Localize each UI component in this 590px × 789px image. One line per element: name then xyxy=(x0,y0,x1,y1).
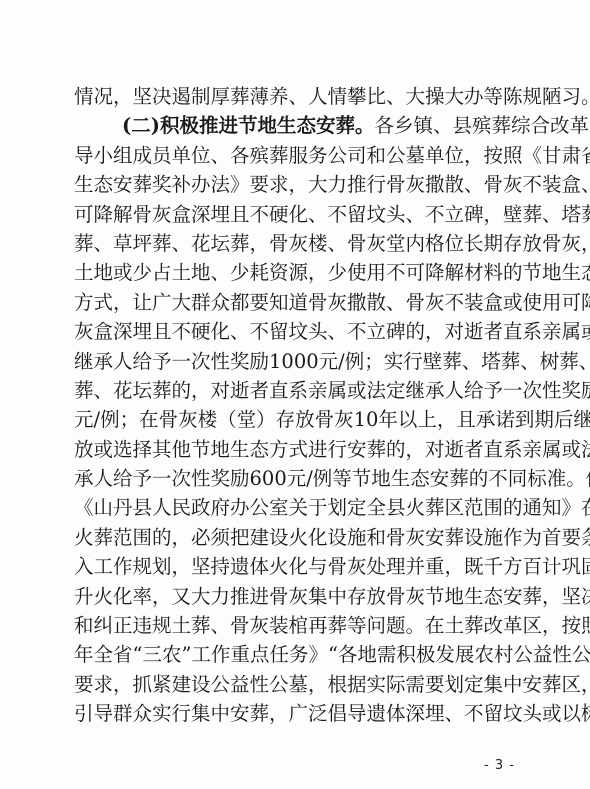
line-text: 导小组成员单位、各殡葬服务公司和公墓单位，按照《甘肃省节地 xyxy=(74,144,590,167)
text-line: 升火化率，又大力推进骨灰集中存放骨灰节地生态安葬，坚决防止 xyxy=(74,582,514,611)
line-text: 和纠正违规土葬、骨灰装棺再葬等问题。在土葬改革区，按照《2023 xyxy=(74,614,590,637)
line-text: 土地或少占土地、少耗资源，少使用不可降解材料的节地生态安葬 xyxy=(74,261,590,284)
line-text: 火葬范围的，必须把建设火化设施和骨灰安葬设施作为首要条件纳 xyxy=(74,526,590,549)
text-line: 继承人给予一次性奖励1000元/例；实行壁葬、塔葬、树葬、草坪 xyxy=(74,347,514,376)
line-text: 情况，坚决遏制厚葬薄养、人情攀比、大操大办等陈规陋习。 xyxy=(74,85,590,108)
text-line: 情况，坚决遏制厚葬薄养、人情攀比、大操大办等陈规陋习。 xyxy=(74,82,514,111)
text-line: 《山丹县人民政府办公室关于划定全县火葬区范围的通知》在划定 xyxy=(74,493,514,522)
body-text: 情况，坚决遏制厚葬薄养、人情攀比、大操大办等陈规陋习。 (二)积极推进节地生态安… xyxy=(74,82,514,729)
text-line: 入工作规划，坚持遗体火化与骨灰处理并重，既千方百计巩固和提 xyxy=(74,552,514,581)
document-page: 情况，坚决遏制厚葬薄养、人情攀比、大操大办等陈规陋习。 (二)积极推进节地生态安… xyxy=(0,0,590,789)
line-text: 各乡镇、县殡葬综合改革工作领 xyxy=(374,114,590,137)
text-line: 灰盒深埋且不硬化、不留坟头、不立碑的，对逝者直系亲属或法定 xyxy=(74,317,514,346)
text-line: 和纠正违规土葬、骨灰装棺再葬等问题。在土葬改革区，按照《2023 xyxy=(74,611,514,640)
text-line: 葬、草坪葬、花坛葬，骨灰楼、骨灰堂内格位长期存放骨灰，不占 xyxy=(74,229,514,258)
line-text: 要求，抓紧建设公益性公墓，根据实际需要划定集中安葬区，积极 xyxy=(74,673,590,696)
text-line: 葬、花坛葬的，对逝者直系亲属或法定继承人给予一次性奖励800 xyxy=(74,376,514,405)
line-text: 方式，让广大群众都要知道骨灰撒散、骨灰不装盒或使用可降解骨 xyxy=(74,291,590,314)
line-text: 可降解骨灰盒深埋且不硬化、不留坟头、不立碑，壁葬、塔葬、树 xyxy=(74,203,590,226)
line-text: 入工作规划，坚持遗体火化与骨灰处理并重，既千方百计巩固和提 xyxy=(74,555,590,578)
line-text: 葬、草坪葬、花坛葬，骨灰楼、骨灰堂内格位长期存放骨灰，不占 xyxy=(74,232,590,255)
line-text: 生态安葬奖补办法》要求，大力推行骨灰撒散、骨灰不装盒、使用 xyxy=(74,173,590,196)
text-line: 可降解骨灰盒深埋且不硬化、不留坟头、不立碑，壁葬、塔葬、树 xyxy=(74,200,514,229)
text-line: 承人给予一次性奖励600元/例等节地生态安葬的不同标准。依据 xyxy=(74,464,514,493)
text-line: 生态安葬奖补办法》要求，大力推行骨灰撒散、骨灰不装盒、使用 xyxy=(74,170,514,199)
text-line: 导小组成员单位、各殡葬服务公司和公墓单位，按照《甘肃省节地 xyxy=(74,141,514,170)
line-text: 葬、花坛葬的，对逝者直系亲属或法定继承人给予一次性奖励800 xyxy=(74,379,590,402)
text-line: 要求，抓紧建设公益性公墓，根据实际需要划定集中安葬区，积极 xyxy=(74,670,514,699)
text-line: 火葬范围的，必须把建设火化设施和骨灰安葬设施作为首要条件纳 xyxy=(74,523,514,552)
line-text: 元/例；在骨灰楼（堂）存放骨灰10年以上，且承诺到期后继续存 xyxy=(74,408,590,431)
line-text: 《山丹县人民政府办公室关于划定全县火葬区范围的通知》在划定 xyxy=(74,496,590,519)
line-text: 年全省“三农”工作重点任务》“各地需积极发展农村公益性公墓” xyxy=(74,643,590,666)
text-line: 元/例；在骨灰楼（堂）存放骨灰10年以上，且承诺到期后继续存 xyxy=(74,405,514,434)
line-text: 升火化率，又大力推进骨灰集中存放骨灰节地生态安葬，坚决防止 xyxy=(74,585,590,608)
page-number: - 3 - xyxy=(484,758,515,773)
line-text: 引导群众实行集中安葬，广泛倡导遗体深埋、不留坟头或以树代碑， xyxy=(74,702,590,725)
text-line: 方式，让广大群众都要知道骨灰撒散、骨灰不装盒或使用可降解骨 xyxy=(74,288,514,317)
text-line: 年全省“三农”工作重点任务》“各地需积极发展农村公益性公墓” xyxy=(74,640,514,669)
section-heading: (二)积极推进节地生态安葬。 xyxy=(122,114,374,137)
text-line: 放或选择其他节地生态方式进行安葬的，对逝者直系亲属或法定继 xyxy=(74,435,514,464)
section-heading-line: (二)积极推进节地生态安葬。各乡镇、县殡葬综合改革工作领 xyxy=(74,111,514,140)
line-text: 灰盒深埋且不硬化、不留坟头、不立碑的，对逝者直系亲属或法定 xyxy=(74,320,590,343)
line-text: 继承人给予一次性奖励1000元/例；实行壁葬、塔葬、树葬、草坪 xyxy=(74,350,590,373)
line-text: 放或选择其他节地生态方式进行安葬的，对逝者直系亲属或法定继 xyxy=(74,438,590,461)
text-line: 引导群众实行集中安葬，广泛倡导遗体深埋、不留坟头或以树代碑， xyxy=(74,699,514,728)
line-text: 承人给予一次性奖励600元/例等节地生态安葬的不同标准。依据 xyxy=(74,467,590,490)
text-line: 土地或少占土地、少耗资源，少使用不可降解材料的节地生态安葬 xyxy=(74,258,514,287)
